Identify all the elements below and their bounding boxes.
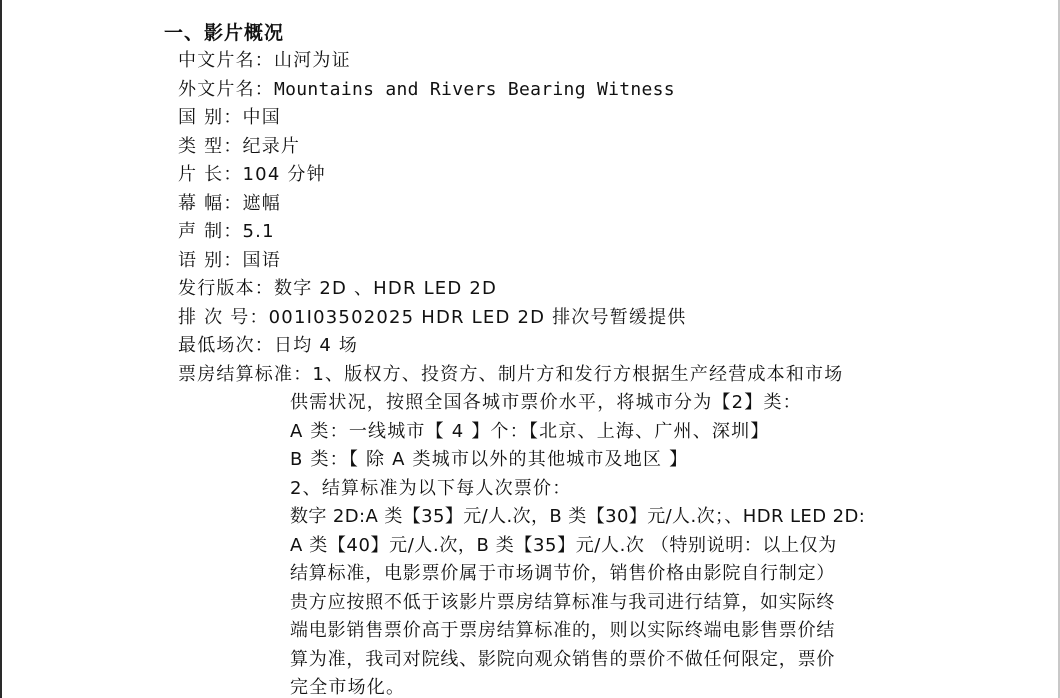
- field-label: 发行版本：: [178, 278, 274, 299]
- field-release-version: 发行版本：数字 2D 、HDR LED 2D: [178, 277, 497, 301]
- settlement-line: A 类【40】元/人.次，B 类【35】元/人.次 （特别说明：以上仅为: [290, 534, 837, 558]
- settlement-line: 端电影销售票价高于票房结算标准的，则以实际终端电影售票价结: [290, 619, 835, 643]
- field-value: 遮幅: [243, 193, 281, 214]
- field-label: 最低场次：: [178, 335, 274, 356]
- settlement-line: 结算标准，电影票价属于市场调节价，销售价格由影院自行制定）: [290, 562, 835, 586]
- field-language: 语 别：国语: [178, 249, 281, 273]
- settlement-line: 2、结算标准为以下每人次票价：: [290, 477, 571, 501]
- field-genre: 类 型：纪录片: [178, 135, 300, 159]
- field-chinese-title: 中文片名：山河为证: [178, 49, 351, 73]
- field-min-screenings: 最低场次：日均 4 场: [178, 334, 358, 358]
- settlement-first-line: 票房结算标准：1、版权方、投资方、制片方和发行方根据生产经营成本和市场: [178, 363, 843, 387]
- field-label: 语 别：: [178, 250, 243, 271]
- field-value: 国语: [243, 250, 281, 271]
- field-country: 国 别：中国: [178, 106, 281, 130]
- field-runtime: 片 长：104 分钟: [178, 163, 326, 187]
- settlement-line: 贵方应按照不低于该影片票房结算标准与我司进行结算，如实际终: [290, 591, 835, 615]
- settlement-line: 数字 2D:A 类【35】元/人.次，B 类【30】元/人.次；、HDR LED…: [290, 505, 865, 529]
- field-value: 中国: [243, 107, 281, 128]
- field-label: 声 制：: [178, 221, 243, 242]
- field-foreign-title: 外文片名：Mountains and Rivers Bearing Witnes…: [178, 78, 675, 102]
- settlement-line: B 类：【 除 A 类城市以外的其他城市及地区 】: [290, 448, 688, 472]
- section-heading: 一、影片概况: [164, 21, 284, 45]
- field-value: 001I03502025 HDR LED 2D 排次号暂缓提供: [269, 307, 687, 328]
- field-label: 国 别：: [178, 107, 243, 128]
- field-label: 幕 幅：: [178, 193, 243, 214]
- field-value: 日均 4 场: [274, 335, 358, 356]
- settlement-text: 1、版权方、投资方、制片方和发行方根据生产经营成本和市场: [312, 364, 843, 385]
- settlement-line: 算为准，我司对院线、影院向观众销售的票价不做任何限定，票价: [290, 648, 835, 672]
- field-value: 纪录片: [243, 136, 301, 157]
- field-label: 类 型：: [178, 136, 243, 157]
- field-value: 104 分钟: [243, 164, 326, 185]
- field-value: Mountains and Rivers Bearing Witness: [274, 79, 675, 100]
- settlement-line: 供需状况，按照全国各城市票价水平，将城市分为【2】类：: [290, 391, 802, 415]
- field-aspect: 幕 幅：遮幅: [178, 192, 281, 216]
- field-label: 片 长：: [178, 164, 243, 185]
- settlement-line: 完全市场化。: [290, 676, 405, 698]
- settlement-line: A 类：一线城市【 4 】个：【北京、上海、广州、深圳】: [290, 420, 770, 444]
- field-value: 5.1: [243, 221, 275, 242]
- field-label: 排 次 号：: [178, 307, 269, 328]
- field-value: 数字 2D 、HDR LED 2D: [274, 278, 497, 299]
- field-label: 外文片名：: [178, 79, 274, 100]
- field-sound: 声 制：5.1: [178, 220, 275, 244]
- field-label: 中文片名：: [178, 50, 274, 71]
- field-value: 山河为证: [274, 50, 351, 71]
- field-schedule-number: 排 次 号：001I03502025 HDR LED 2D 排次号暂缓提供: [178, 306, 687, 330]
- settlement-label: 票房结算标准：: [178, 364, 312, 385]
- document-page: 一、影片概况 中文片名：山河为证 外文片名：Mountains and Rive…: [0, 0, 1060, 698]
